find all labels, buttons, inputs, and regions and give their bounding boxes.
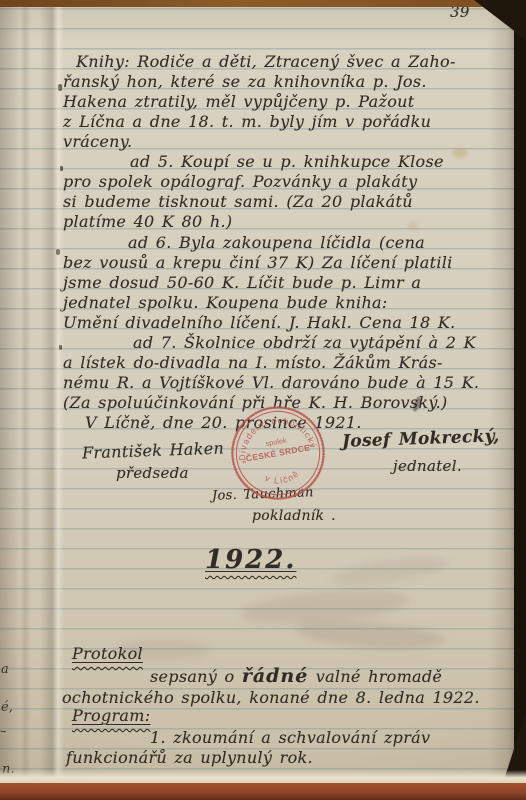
book-cover-right bbox=[514, 0, 526, 800]
manuscript-line: a lístek do-divadla na I. místo. Žákům K… bbox=[63, 353, 443, 373]
scanned-notebook-photo: a é, – n. 39 Knihy: Rodiče a děti, Ztrac… bbox=[0, 0, 526, 800]
manuscript-line: jednatel spolku. Koupena bude kniha: bbox=[63, 293, 388, 313]
signature-chairman-role: předseda bbox=[116, 463, 189, 483]
signature-treasurer-role: pokladník . bbox=[252, 506, 336, 526]
page-bottom-edge bbox=[0, 770, 526, 784]
facing-page-fragment: é, bbox=[1, 700, 13, 715]
emphasized-word: řádné bbox=[242, 665, 309, 687]
facing-page-fragment: a bbox=[1, 662, 9, 677]
manuscript-line: platíme 40 K 80 h.) bbox=[63, 212, 232, 232]
protocol-title: Protokol bbox=[72, 644, 143, 664]
manuscript-line: Hakena ztratily, měl vypůjčeny p. Pažout bbox=[63, 92, 414, 112]
manuscript-line: pro spolek opálograf. Pozvánky a plakáty bbox=[63, 172, 417, 192]
manuscript-line: ochotnického spolku, konané dne 8. ledna… bbox=[62, 688, 480, 708]
desk-surface-top bbox=[0, 0, 526, 7]
signature-secretary-role: jednatel. bbox=[393, 456, 462, 476]
manuscript-line: nému R. a Vojtíškové Vl. darováno bude à… bbox=[63, 373, 479, 393]
facing-page-fragment: – bbox=[0, 724, 7, 739]
society-stamp: Divadelní ochotnický spolek „ČESKÉ SRDCE… bbox=[221, 396, 335, 510]
manuscript-line: ad 5. Koupí se u p. knihkupce Klose bbox=[130, 152, 444, 172]
manuscript-line: sepsaný o řádné valné hromadě bbox=[150, 666, 442, 687]
stamp-arc-bottom-text: v Líčně bbox=[262, 467, 302, 488]
manuscript-line: ad 7. Školnice obdrží za vytápění à 2 K bbox=[133, 333, 476, 353]
manuscript-line: řanský hon, které se za knihovníka p. Jo… bbox=[63, 72, 427, 92]
manuscript-line: vráceny. bbox=[63, 132, 132, 152]
manuscript-line: jsme dosud 50-60 K. Líčit bude p. Limr a bbox=[63, 273, 421, 293]
manuscript-line: Umění divadelního líčení. J. Hakl. Cena … bbox=[63, 313, 456, 333]
program-label: Program: bbox=[72, 706, 150, 726]
desk-surface-bottom bbox=[0, 783, 526, 800]
manuscript-line: bez vousů a krepu činí 37 K) Za líčení p… bbox=[63, 253, 453, 273]
manuscript-line: Knihy: Rodiče a děti, Ztracený švec a Za… bbox=[76, 52, 456, 72]
manuscript-line: funkcionářů za uplynulý rok. bbox=[66, 748, 313, 768]
manuscript-line: si budeme tisknout sami. (Za 20 plakátů bbox=[63, 192, 413, 212]
manuscript-line: 1. zkoumání a schvalování zpráv bbox=[150, 728, 430, 748]
year-heading: 1922. bbox=[205, 550, 290, 570]
svg-text:v Líčně: v Líčně bbox=[262, 467, 302, 488]
manuscript-line: z Líčna a dne 18. t. m. byly jím v pořád… bbox=[63, 112, 431, 132]
manuscript-line: ad 6. Byla zakoupena líčidla (cena bbox=[128, 233, 425, 253]
